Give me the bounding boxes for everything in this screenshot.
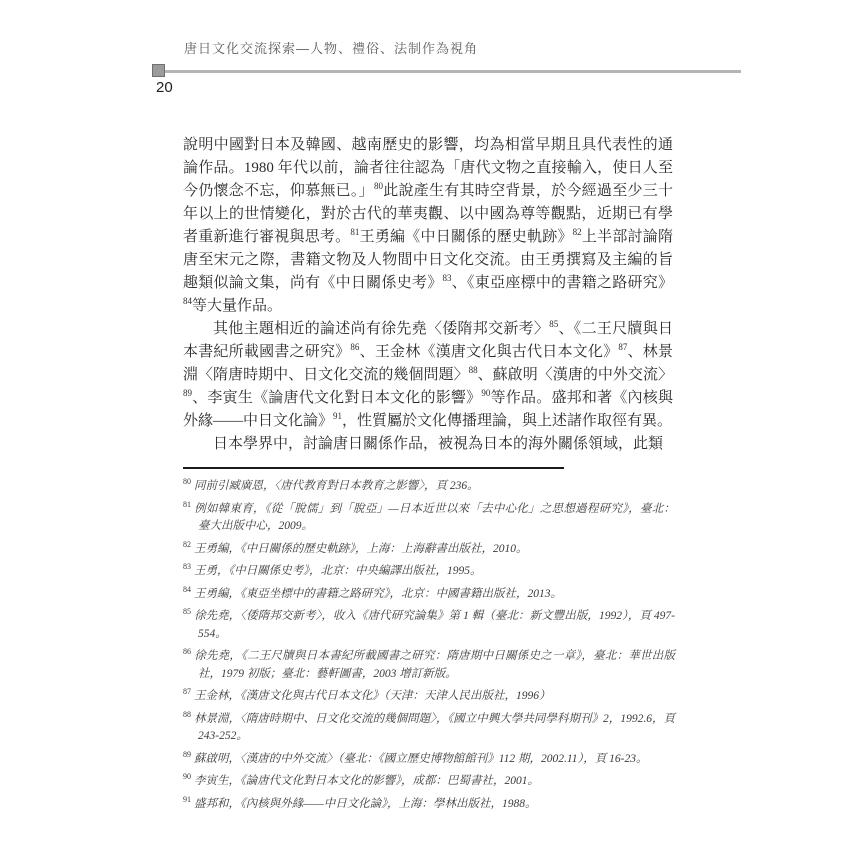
- footnote-reference: 82: [573, 227, 582, 237]
- footnote-number: 87: [183, 687, 191, 696]
- footnote-number: 83: [183, 562, 191, 571]
- footnote-reference: 80: [374, 181, 383, 191]
- footnote-item: 80同前引臧廣恩，〈唐代教育對日本教育之影響〉，頁 236。: [183, 478, 675, 496]
- book-page: 唐日文化交流探索—人物、禮俗、法制作為視角 20 說明中國對日本及韓國、越南歷史…: [0, 0, 850, 850]
- body-text: 說明中國對日本及韓國、越南歷史的影響，均為相當早期且具代表性的通論作品。1980…: [183, 134, 673, 456]
- footnote-item: 88林景淵，〈隋唐時期中、日文化交流的幾個問題〉，《國立中興大學共同學科期刊》2…: [183, 711, 675, 746]
- footnote-number: 88: [183, 710, 191, 719]
- footnote-text: 徐先堯，〈倭隋邦交新考〉，收入《唐代研究論集》第 1 輯（臺北：新文豐出版，19…: [194, 610, 675, 640]
- footnote-text: 王勇，《中日關係史考》，北京：中央編譯出版社，1995。: [194, 565, 482, 577]
- footnote-reference: 85: [549, 319, 558, 329]
- body-paragraph: 其他主題相近的論述尚有徐先堯〈倭隋邦交新考〉85、《二王尺牘與日本書紀所載國書之…: [183, 318, 673, 433]
- footnote-text: 李寅生，《論唐代文化對日本文化的影響》，成都：巴蜀書社，2001。: [194, 775, 539, 787]
- body-paragraph: 說明中國對日本及韓國、越南歷史的影響，均為相當早期且具代表性的通論作品。1980…: [183, 134, 673, 318]
- body-paragraph: 日本學界中，討論唐日關係作品，被視為日本的海外關係領域，此類: [183, 433, 673, 456]
- footnote-number: 82: [183, 540, 191, 549]
- footnote-number: 91: [183, 795, 191, 804]
- running-head-title: 唐日文化交流探索—人物、禮俗、法制作為視角: [184, 38, 478, 57]
- footnote-number: 84: [183, 585, 191, 594]
- footnote-reference: 81: [350, 227, 359, 237]
- footnote-text: 王勇編，《中日關係的歷史軌跡》，上海：上海辭書出版社，2010。: [194, 543, 528, 555]
- footnote-item: 90李寅生，《論唐代文化對日本文化的影響》，成都：巴蜀書社，2001。: [183, 773, 675, 791]
- page-number: 20: [156, 79, 173, 96]
- footnote-number: 80: [183, 477, 191, 486]
- footnote-reference: 83: [443, 273, 452, 283]
- footnote-reference: 84: [183, 296, 192, 306]
- footnote-number: 81: [183, 500, 191, 509]
- footnote-number: 85: [183, 607, 191, 616]
- footnote-item: 85徐先堯，〈倭隋邦交新考〉，收入《唐代研究論集》第 1 輯（臺北：新文豐出版，…: [183, 608, 675, 643]
- footnote-item: 83王勇，《中日關係史考》，北京：中央編譯出版社，1995。: [183, 563, 675, 581]
- footnote-text: 蘇啟明，〈漢唐的中外交流〉（臺北：《國立歷史博物館館刊》112 期，2002.1…: [194, 753, 648, 765]
- footnote-separator-rule: [183, 467, 564, 469]
- footnote-item: 82王勇編，《中日關係的歷史軌跡》，上海：上海辭書出版社，2010。: [183, 541, 675, 559]
- footnote-reference: 90: [481, 388, 490, 398]
- footnote-text: 王金林，《漢唐文化與古代日本文化》（天津：天津人民出版社，1996）: [194, 690, 551, 702]
- footnote-number: 89: [183, 750, 191, 759]
- header-rule: [153, 70, 741, 73]
- footnote-reference: 88: [469, 365, 478, 375]
- footnote-text: 徐先堯，《二王尺牘與日本書紀所載國書之研究：隋唐期中日關係史之一章》，臺北：華世…: [194, 650, 675, 680]
- footnote-text: 盛邦和，《內核與外緣——中日文化論》，上海：學林出版社，1988。: [194, 798, 536, 810]
- footnote-number: 90: [183, 772, 191, 781]
- footnote-item: 91盛邦和，《內核與外緣——中日文化論》，上海：學林出版社，1988。: [183, 796, 675, 814]
- footnote-number: 86: [183, 647, 191, 656]
- footnote-reference: 89: [183, 388, 192, 398]
- footnote-text: 王勇編，《東亞坐標中的書籍之路研究》，北京：中國書籍出版社，2013。: [194, 588, 562, 600]
- footnote-item: 84王勇編，《東亞坐標中的書籍之路研究》，北京：中國書籍出版社，2013。: [183, 586, 675, 604]
- footnote-text: 同前引臧廣恩，〈唐代教育對日本教育之影響〉，頁 236。: [194, 480, 479, 492]
- footnote-item: 81例如韓東育，《從「脫儒」到「脫亞」—日本近世以來「去中心化」之思想過程研究》…: [183, 501, 675, 536]
- footnote-reference: 86: [350, 342, 359, 352]
- footnote-item: 86徐先堯，《二王尺牘與日本書紀所載國書之研究：隋唐期中日關係史之一章》，臺北：…: [183, 648, 675, 683]
- header-rule-square-ornament: [152, 64, 165, 77]
- footnote-item: 89蘇啟明，〈漢唐的中外交流〉（臺北：《國立歷史博物館館刊》112 期，2002…: [183, 751, 675, 769]
- footnote-item: 87王金林，《漢唐文化與古代日本文化》（天津：天津人民出版社，1996）: [183, 688, 675, 706]
- footnotes-block: 80同前引臧廣恩，〈唐代教育對日本教育之影響〉，頁 236。81例如韓東育，《從…: [183, 478, 675, 818]
- footnote-text: 林景淵，〈隋唐時期中、日文化交流的幾個問題〉，《國立中興大學共同學科期刊》2，1…: [194, 713, 675, 743]
- footnote-reference: 87: [618, 342, 627, 352]
- footnote-reference: 91: [333, 411, 342, 421]
- footnote-text: 例如韓東育，《從「脫儒」到「脫亞」—日本近世以來「去中心化」之思想過程研究》，臺…: [194, 503, 675, 533]
